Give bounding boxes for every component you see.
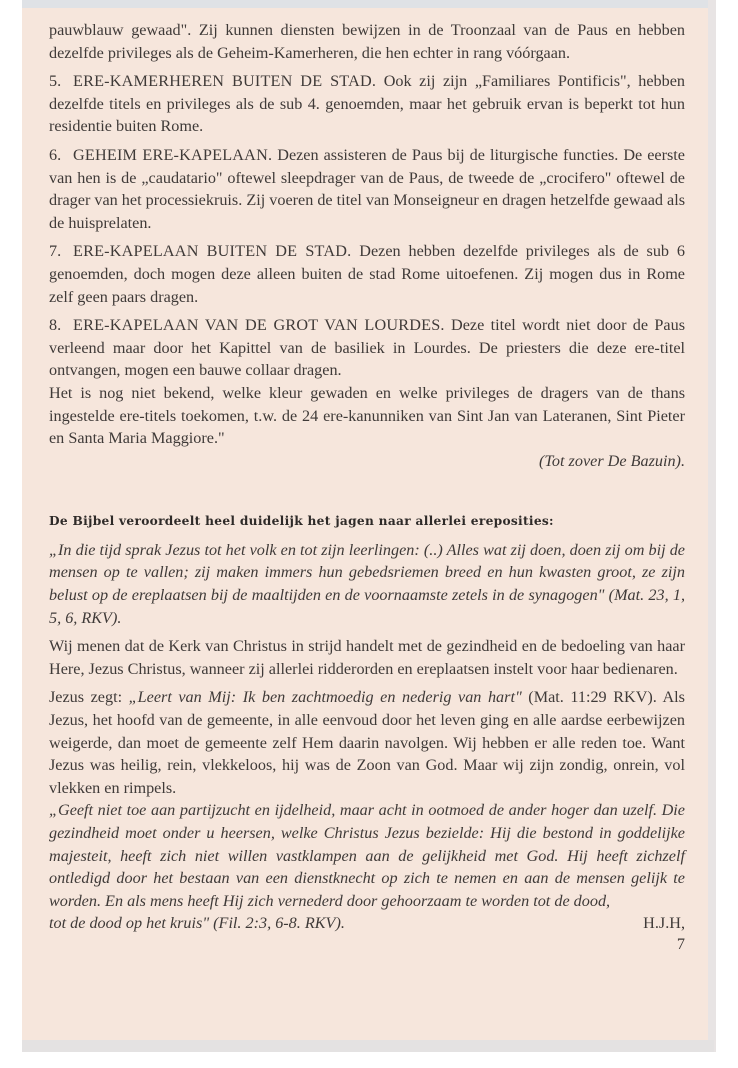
bible-quote-end: tot de dood op het kruis" (Fil. 2:3, 6-8… [49, 912, 345, 935]
page-edge-bottom [22, 1040, 714, 1052]
author-signature: H.J.H, [643, 912, 685, 935]
paragraph-unknown-privileges: Het is nog niet bekend, welke kleur gewa… [49, 382, 685, 450]
page-number: 7 [49, 933, 685, 956]
bible-quote-philippians: „Geeft niet toe aan partijzucht en ijdel… [49, 799, 685, 912]
list-item-5: 5.ERE-KAMERHEREN BUITEN DE STAD. Ook zij… [49, 70, 685, 138]
signature-line: tot de dood op het kruis" (Fil. 2:3, 6-8… [49, 912, 685, 935]
list-number: 5. [49, 70, 73, 93]
paragraph-church-critique: Wij menen dat de Kerk van Christus in st… [49, 635, 685, 680]
list-item-title: ERE-KAMERHEREN BUITEN DE STAD. [73, 72, 376, 90]
page-content: pauwblauw gewaad". Zij kunnen diensten b… [49, 19, 685, 956]
source-citation: (Tot zover De Bazuin). [49, 450, 685, 473]
list-item-title: ERE-KAPELAAN VAN DE GROT VAN LOURDES. [73, 316, 445, 334]
list-number: 6. [49, 144, 73, 167]
section-heading: De Bijbel veroordeelt heel duidelijk het… [49, 510, 685, 533]
list-item-8: 8.ERE-KAPELAAN VAN DE GROT VAN LOURDES. … [49, 314, 685, 382]
list-number: 8. [49, 314, 73, 337]
paragraph-continuation: pauwblauw gewaad". Zij kunnen diensten b… [49, 19, 685, 64]
list-item-title: ERE-KAPELAAN BUITEN DE STAD. [73, 242, 351, 260]
paragraph-lead: Jezus zegt: [49, 688, 129, 706]
list-item-6: 6.GEHEIM ERE-KAPELAAN. Dezen assisteren … [49, 144, 685, 234]
page-edge-right [708, 0, 716, 1052]
list-number: 7. [49, 240, 73, 263]
bible-quote-matthew: „In die tijd sprak Jezus tot het volk en… [49, 539, 685, 629]
list-item-7: 7.ERE-KAPELAAN BUITEN DE STAD. Dezen heb… [49, 240, 685, 308]
paragraph-jesus-says: Jezus zegt: „Leert van Mij: Ik ben zacht… [49, 686, 685, 799]
list-item-title: GEHEIM ERE-KAPELAAN. [73, 146, 272, 164]
inline-quote: „Leert van Mij: Ik ben zachtmoedig en ne… [129, 688, 522, 706]
